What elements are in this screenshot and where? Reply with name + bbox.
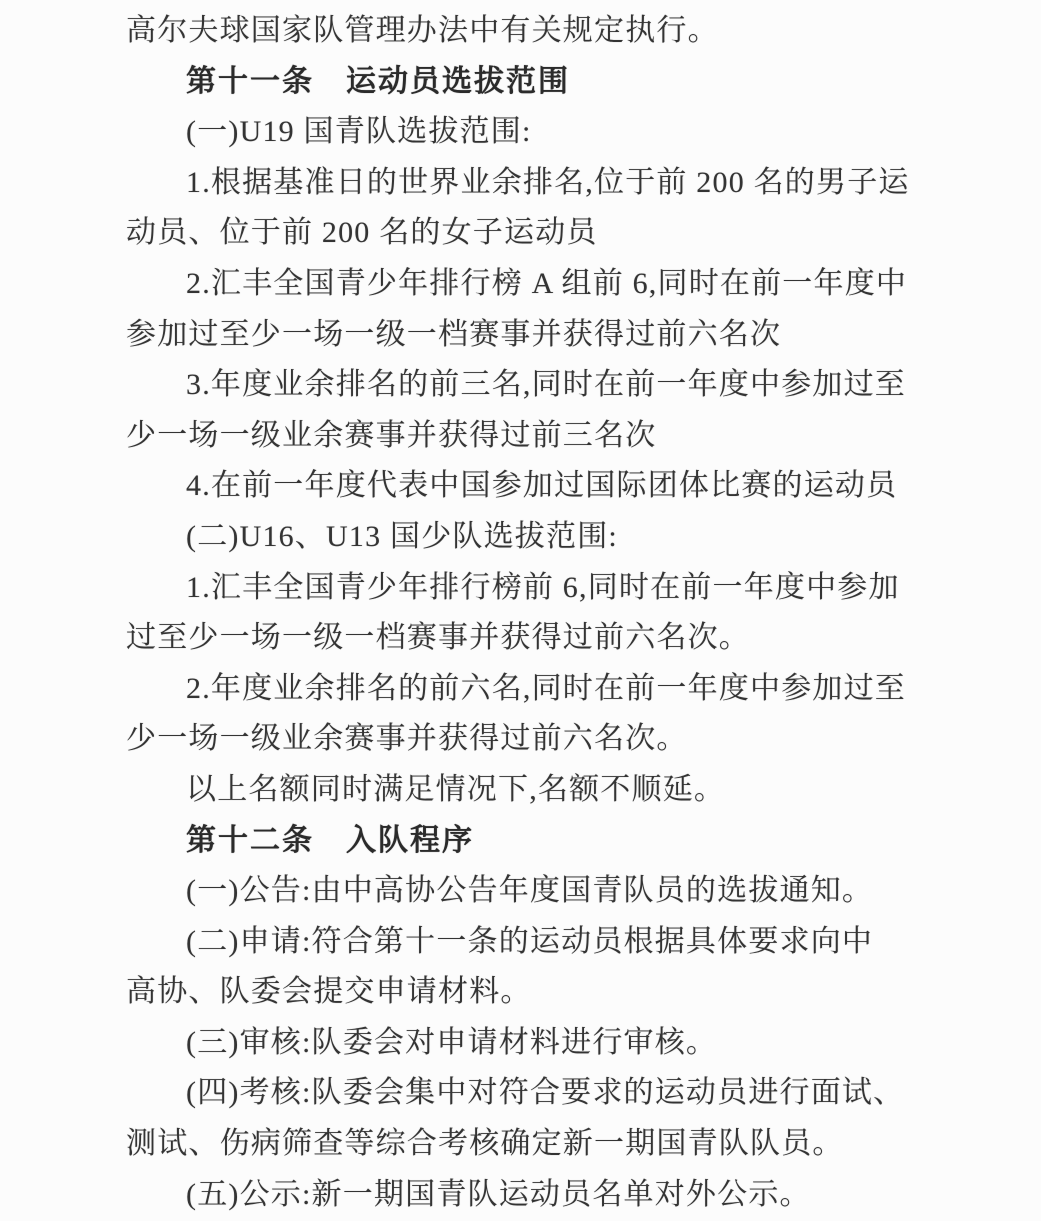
document-line: 少一场一级业余赛事并获得过前六名次。: [126, 714, 884, 765]
document-line: (三)审核:队委会对申请材料进行审核。: [126, 1018, 884, 1069]
document-line: (四)考核:队委会集中对符合要求的运动员进行面试、: [126, 1068, 884, 1119]
section-heading: 第十一条 运动员选拔范围: [126, 57, 884, 108]
document-line: 2.年度业余排名的前六名,同时在前一年度中参加过至: [126, 664, 884, 715]
document-line: 2.汇丰全国青少年排行榜 A 组前 6,同时在前一年度中: [126, 259, 884, 310]
document-line: 测试、伤病筛查等综合考核确定新一期国青队队员。: [126, 1119, 884, 1170]
document-line: 动员、位于前 200 名的女子运动员: [126, 208, 884, 259]
document-line: (五)公示:新一期国青队运动员名单对外公示。: [126, 1170, 884, 1221]
document-line: (一)U19 国青队选拔范围:: [126, 107, 884, 158]
document-line: 参加过至少一场一级一档赛事并获得过前六名次: [126, 310, 884, 361]
document-line: 高尔夫球国家队管理办法中有关规定执行。: [126, 6, 884, 57]
document-line: 过至少一场一级一档赛事并获得过前六名次。: [126, 613, 884, 664]
document-line: 以上名额同时满足情况下,名额不顺延。: [126, 765, 884, 816]
section-heading: 第十二条 入队程序: [126, 816, 884, 867]
document-body: 高尔夫球国家队管理办法中有关规定执行。第十一条 运动员选拔范围(一)U19 国青…: [126, 6, 884, 1220]
document-page: 高尔夫球国家队管理办法中有关规定执行。第十一条 运动员选拔范围(一)U19 国青…: [0, 0, 1041, 1221]
document-line: (一)公告:由中高协公告年度国青队员的选拔通知。: [126, 866, 884, 917]
document-line: 4.在前一年度代表中国参加过国际团体比赛的运动员: [126, 461, 884, 512]
document-line: 1.根据基准日的世界业余排名,位于前 200 名的男子运: [126, 158, 884, 209]
document-line: 高协、队委会提交申请材料。: [126, 967, 884, 1018]
document-line: (二)申请:符合第十一条的运动员根据具体要求向中: [126, 917, 884, 968]
document-line: 3.年度业余排名的前三名,同时在前一年度中参加过至: [126, 360, 884, 411]
document-line: 少一场一级业余赛事并获得过前三名次: [126, 411, 884, 462]
document-line: (二)U16、U13 国少队选拔范围:: [126, 512, 884, 563]
document-line: 1.汇丰全国青少年排行榜前 6,同时在前一年度中参加: [126, 563, 884, 614]
